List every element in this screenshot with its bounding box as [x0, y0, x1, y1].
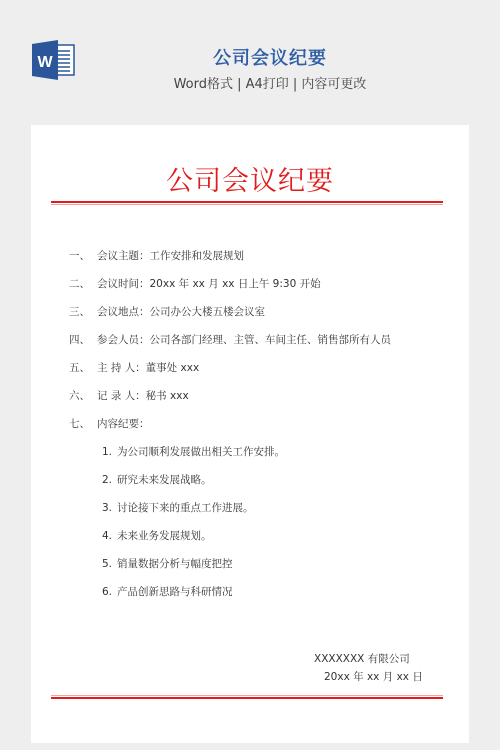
- document-title: 公司会议纪要: [31, 159, 469, 198]
- header-title: 公司会议纪要: [0, 44, 500, 70]
- agenda-item: 四、参会人员：公司各部门经理、主管、车间主任、销售部所有人员: [69, 333, 391, 347]
- summary-item: 6.产品创新思路与科研情况: [102, 585, 233, 599]
- agenda-item: 二、会议时间：20xx 年 xx 月 xx 日上午 9:30 开始: [69, 277, 321, 291]
- summary-item: 5.销量数据分析与幅度把控: [102, 557, 233, 571]
- document-page: 公司会议纪要 一、会议主题：工作安排和发展规划 二、会议时间：20xx 年 xx…: [31, 125, 469, 743]
- agenda-item: 五、主 持 人：董事处 xxx: [69, 361, 199, 375]
- footer-divider: [51, 695, 443, 699]
- agenda-item: 七、内容纪要：: [69, 417, 150, 431]
- summary-item: 4.未来业务发展规划。: [102, 529, 212, 543]
- agenda-item: 三、会议地点：公司办公大楼五楼会议室: [69, 305, 265, 319]
- header-subtitle: Word格式 | A4打印 | 内容可更改: [0, 73, 500, 92]
- summary-item: 2.研究未来发展战略。: [102, 473, 212, 487]
- signature-date: 20xx 年 xx 月 xx 日: [324, 669, 423, 684]
- agenda-item: 六、记 录 人：秘书 xxx: [69, 389, 189, 403]
- title-divider: [51, 201, 443, 205]
- agenda-item: 一、会议主题：工作安排和发展规划: [69, 249, 244, 263]
- signature-company: XXXXXXX 有限公司: [314, 651, 410, 666]
- summary-item: 1.为公司顺利发展做出相关工作安排。: [102, 445, 285, 459]
- summary-item: 3.讨论接下来的重点工作进展。: [102, 501, 254, 515]
